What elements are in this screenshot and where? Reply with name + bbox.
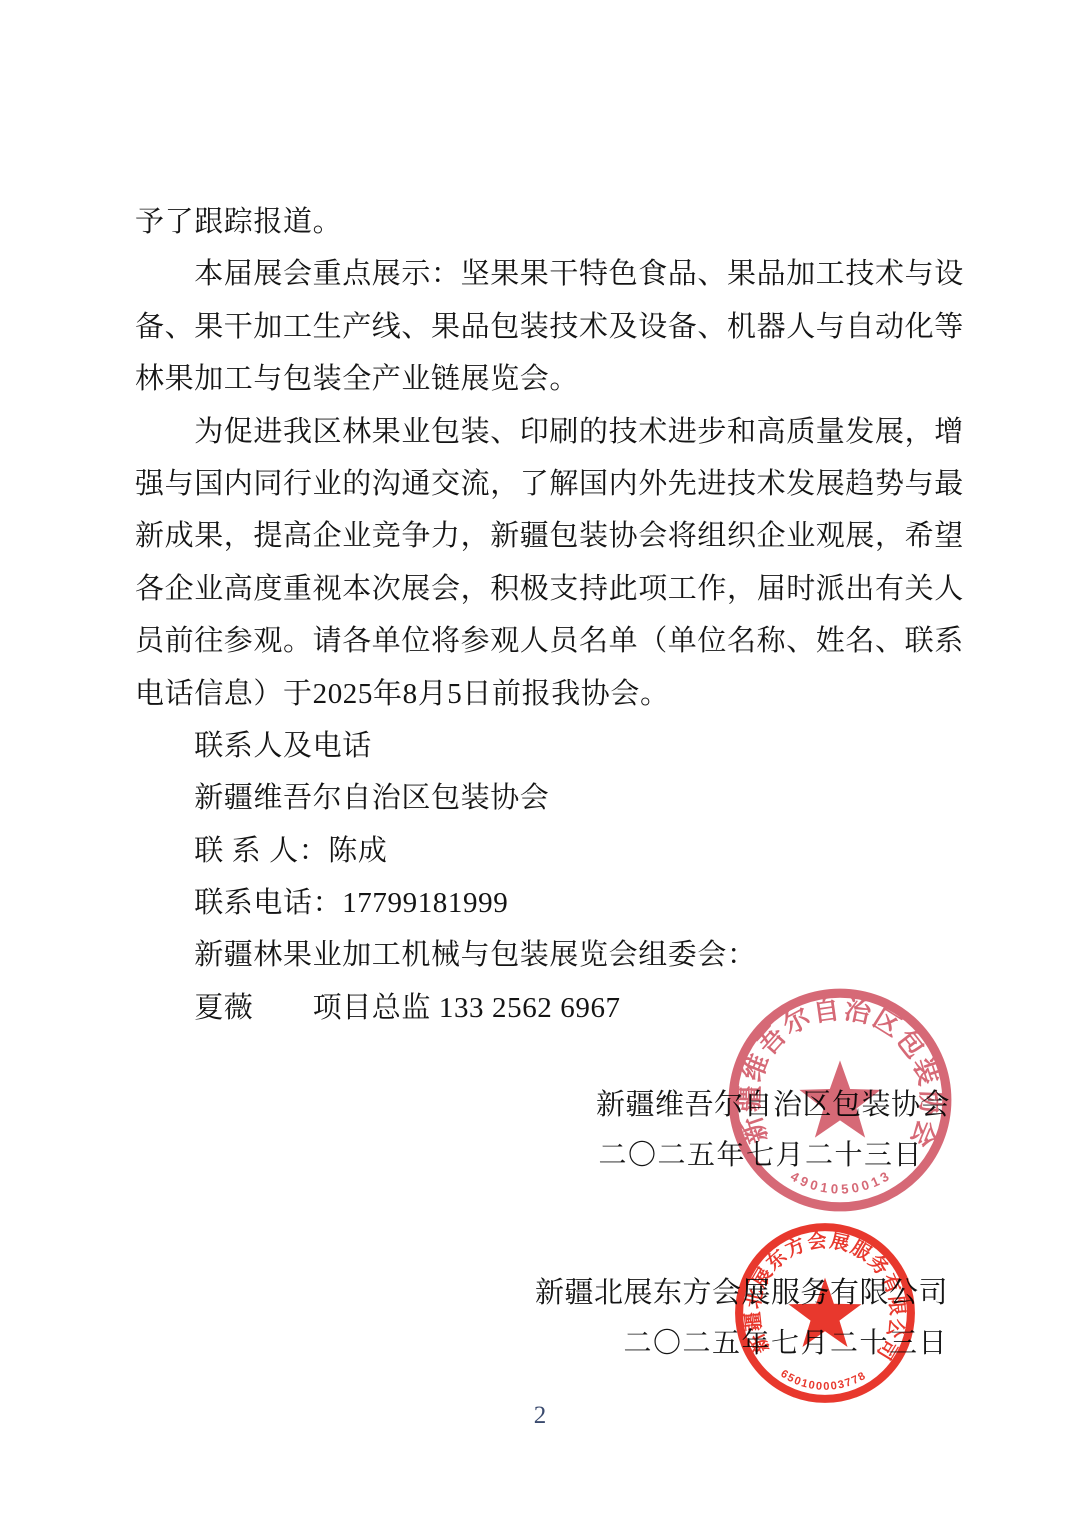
text-line: 新疆维吾尔自治区包装协会 (135, 772, 975, 824)
text-line: 备、果干加工生产线、果品包装技术及设备、机器人与自动化等 (135, 301, 975, 353)
text-line: 本届展会重点展示：坚果果干特色食品、果品加工技术与设 (135, 248, 975, 300)
document-page: 予了跟踪报道。 本届展会重点展示：坚果果干特色食品、果品加工技术与设备、果干加工… (0, 0, 1080, 1528)
text-line: 电话信息）于2025年8月5日前报我协会。 (135, 668, 975, 720)
text-line: 为促进我区林果业包装、印刷的技术进步和高质量发展，增 (135, 406, 975, 458)
text-line: 新疆林果业加工机械与包装展览会组委会： (135, 929, 975, 981)
text-line: 予了跟踪报道。 (135, 196, 975, 248)
text-line: 联系人及电话 (135, 720, 975, 772)
text-line: 新成果，提高企业竞争力，新疆包装协会将组织企业观展，希望 (135, 510, 975, 562)
official-seal-association-icon: 新疆维吾尔自治区包装协会 4901050013 (723, 983, 957, 1217)
text-line: 强与国内同行业的沟通交流，了解国内外先进技术发展趋势与最 (135, 458, 975, 510)
seal-serial-number: 4901050013 (788, 1167, 894, 1197)
text-line: 员前往参观。请各单位将参观人员名单（单位名称、姓名、联系 (135, 615, 975, 667)
svg-text:4901050013: 4901050013 (788, 1167, 894, 1197)
official-seal-company-icon: 新疆北展东方会展服务有限公司 650100003778 (729, 1217, 921, 1409)
seal-star-icon (799, 1060, 880, 1137)
text-line: 联系电话：17799181999 (135, 877, 975, 929)
text-line: 林果加工与包装全产业链展览会。 (135, 353, 975, 405)
text-line: 联 系 人：陈成 (135, 825, 975, 877)
page-number: 2 (0, 1402, 1080, 1430)
document-body: 予了跟踪报道。 本届展会重点展示：坚果果干特色食品、果品加工技术与设备、果干加工… (135, 196, 975, 1034)
text-line: 各企业高度重视本次展会，积极支持此项工作，届时派出有关人 (135, 563, 975, 615)
seal-star-icon (789, 1278, 862, 1347)
